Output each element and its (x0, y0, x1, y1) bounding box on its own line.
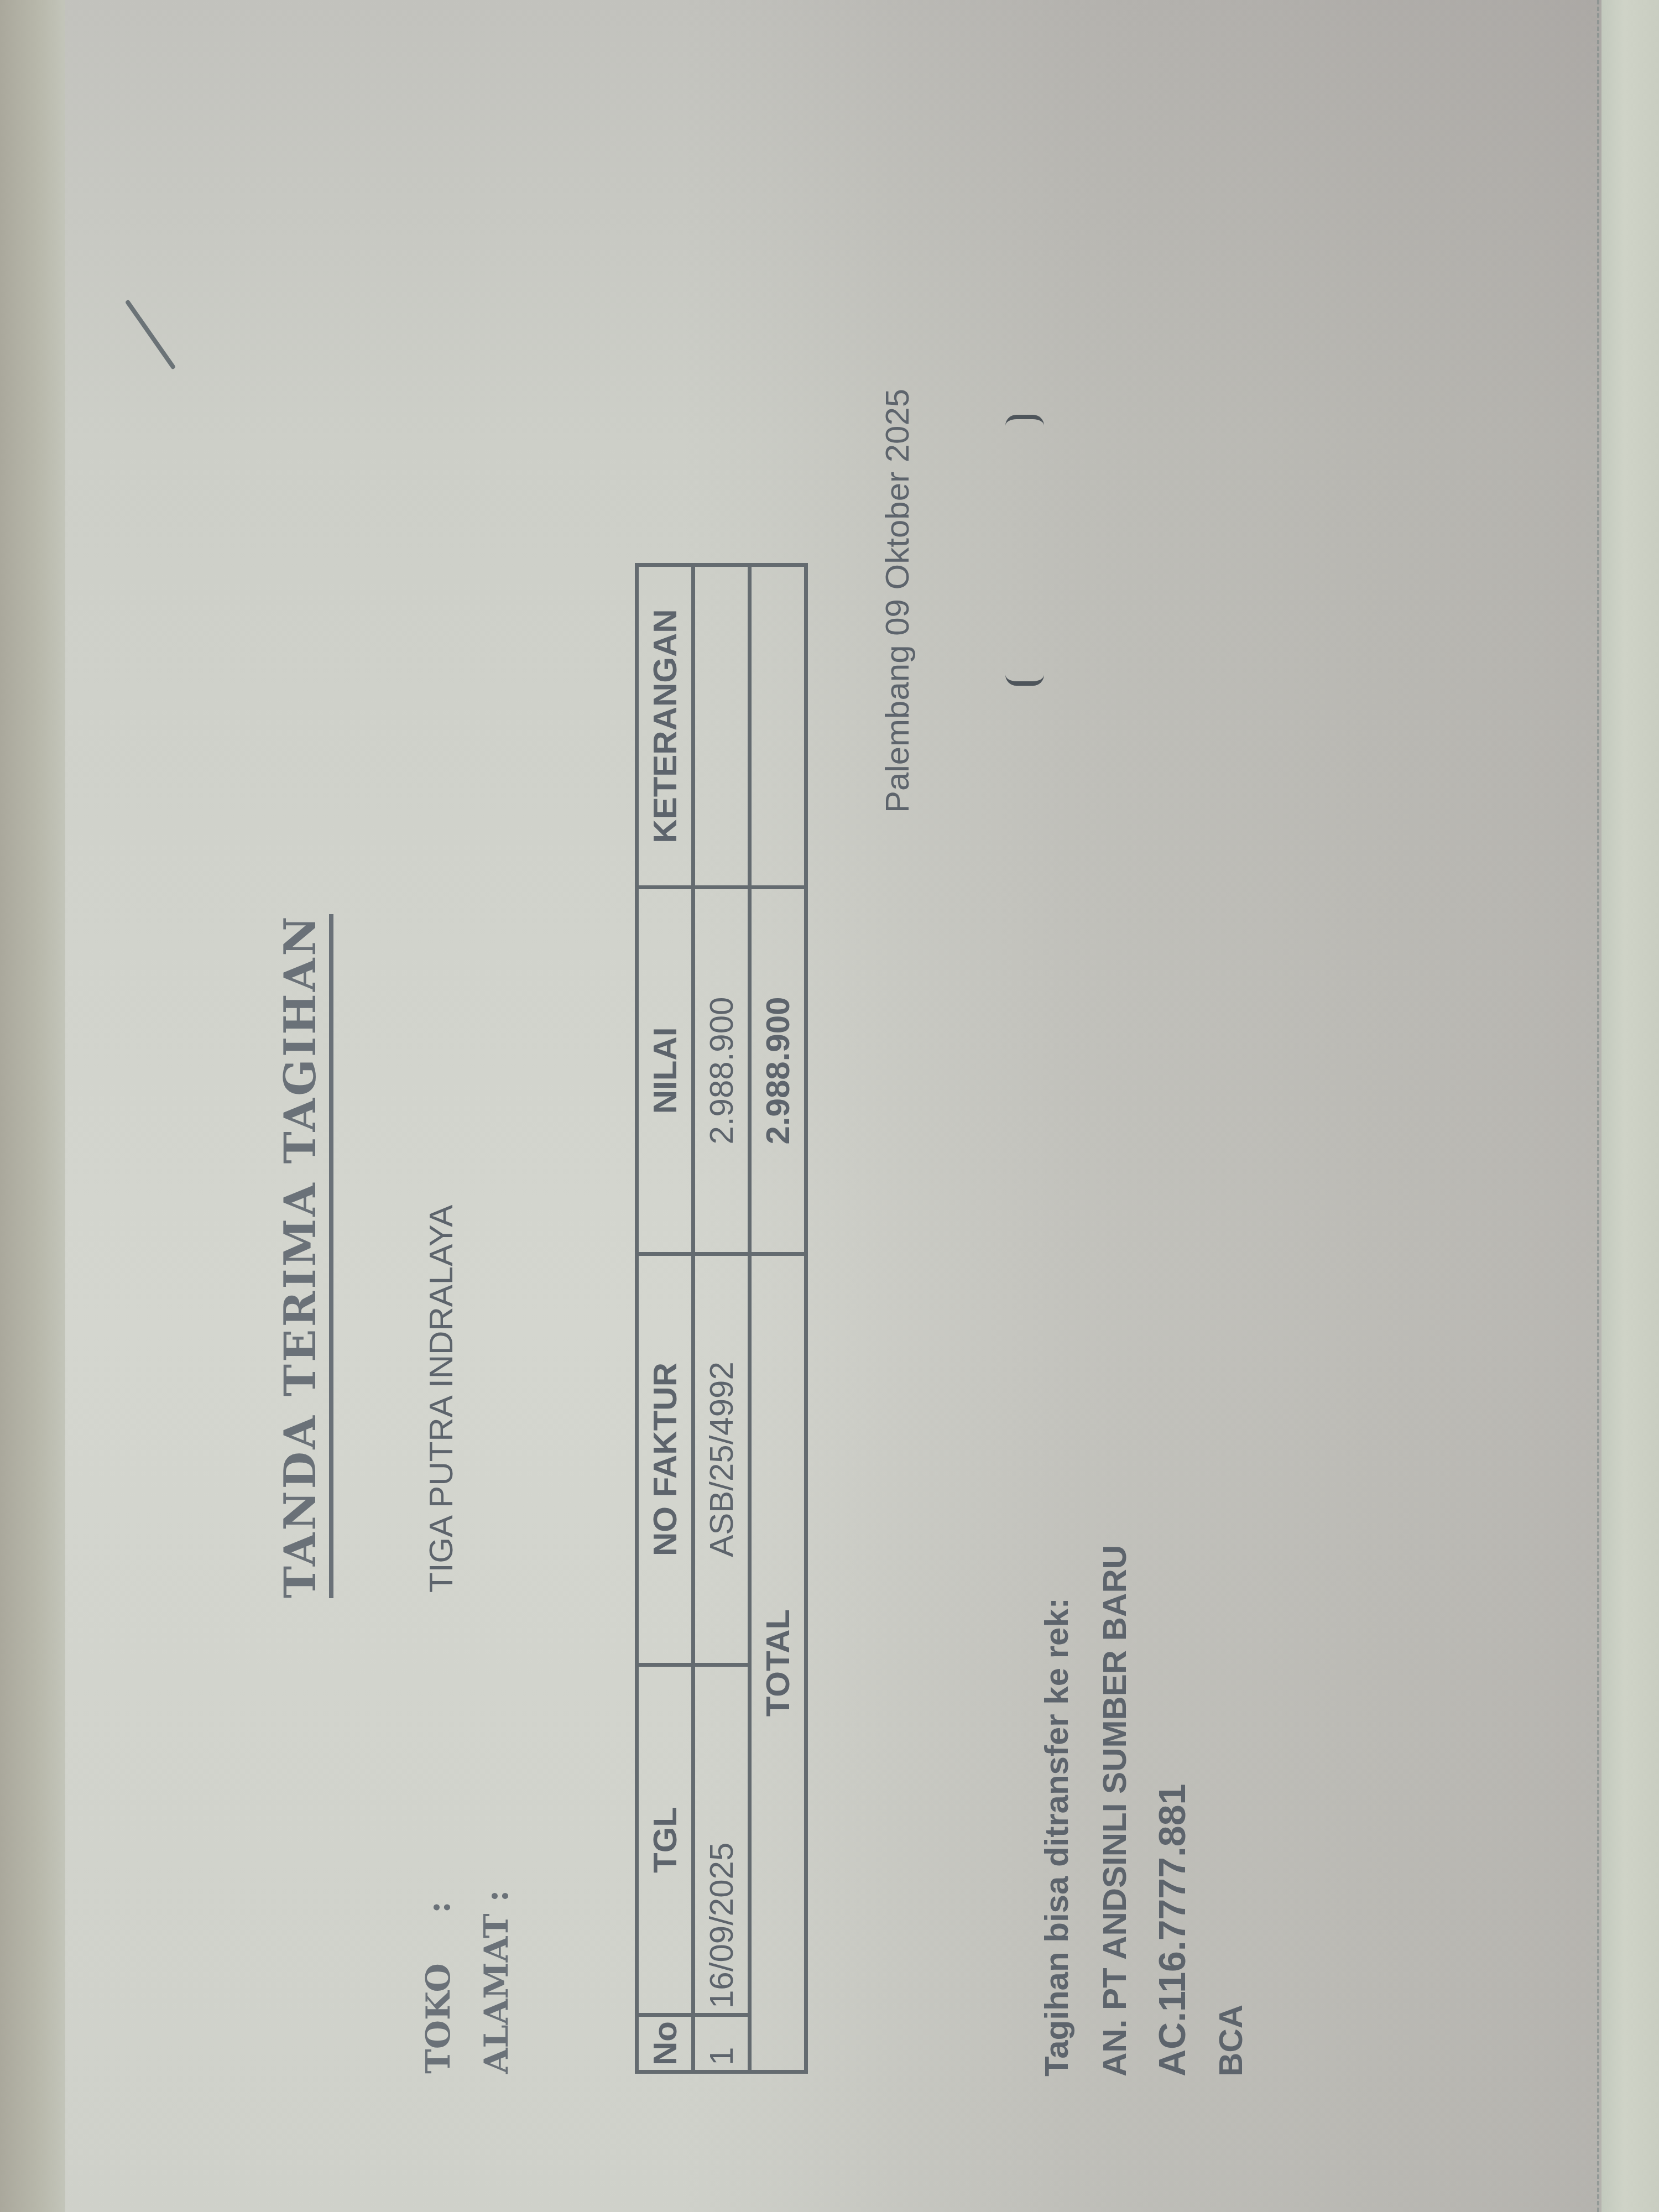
place-and-date: Palembang 09 Oktober 2025 (878, 389, 916, 813)
alamat-label: ALAMAT : (477, 1890, 516, 2074)
header-no: No (637, 2015, 693, 2072)
payment-instructions: Tagihan bisa ditransfer ke rek: AN. PT A… (1027, 1545, 1260, 2077)
signature-bracket-open (1005, 675, 1044, 686)
total-value: 2.988.900 (750, 888, 806, 1254)
desk-surface-left (0, 0, 65, 2212)
pen-tick-mark (125, 299, 176, 369)
signature-bracket-close (1005, 415, 1044, 426)
perforated-edge (1597, 0, 1599, 2212)
cell-no-faktur: ASB/25/4992 (693, 1254, 750, 1665)
cell-tgl: 16/09/2025 (693, 1665, 750, 2015)
header-keterangan: KETERANGAN (637, 565, 693, 888)
header-tgl: TGL (637, 1665, 693, 2015)
table-header-row: No TGL NO FAKTUR NILAI KETERANGAN (637, 565, 693, 2072)
desk-surface-right (1601, 0, 1659, 2212)
table-row: 1 16/09/2025 ASB/25/4992 2.988.900 (693, 565, 750, 2072)
header-nilai: NILAI (637, 888, 693, 1254)
total-label: TOTAL (750, 1254, 806, 2072)
toko-label: TOKO (419, 1963, 458, 2074)
payment-line-bank: BCA (1202, 1545, 1260, 2077)
total-keterangan (750, 565, 806, 888)
payment-line-account-number: AC.116.7777.881 (1144, 1545, 1202, 2077)
header-no-faktur: NO FAKTUR (637, 1254, 693, 1665)
toko-colon: : (419, 1901, 458, 1913)
cell-keterangan (693, 565, 750, 888)
invoice-table: No TGL NO FAKTUR NILAI KETERANGAN 1 16/0… (635, 563, 808, 2074)
table-total-row: TOTAL 2.988.900 (750, 565, 806, 2072)
paper-sheet: TANDA TERIMA TAGIHAN TOKO : TIGA PUTRA I… (65, 0, 1601, 2212)
cell-nilai: 2.988.900 (693, 888, 750, 1254)
payment-line-transfer: Tagihan bisa ditransfer ke rek: (1027, 1545, 1086, 2077)
cell-no: 1 (693, 2015, 750, 2072)
toko-value: TIGA PUTRA INDRALAYA (422, 1205, 460, 1593)
invoice-receipt-document: TANDA TERIMA TAGIHAN TOKO : TIGA PUTRA I… (65, 0, 1601, 2212)
payment-line-account-name: AN. PT ANDSINLI SUMBER BARU (1086, 1545, 1144, 2077)
document-title: TANDA TERIMA TAGIHAN (275, 914, 333, 1598)
